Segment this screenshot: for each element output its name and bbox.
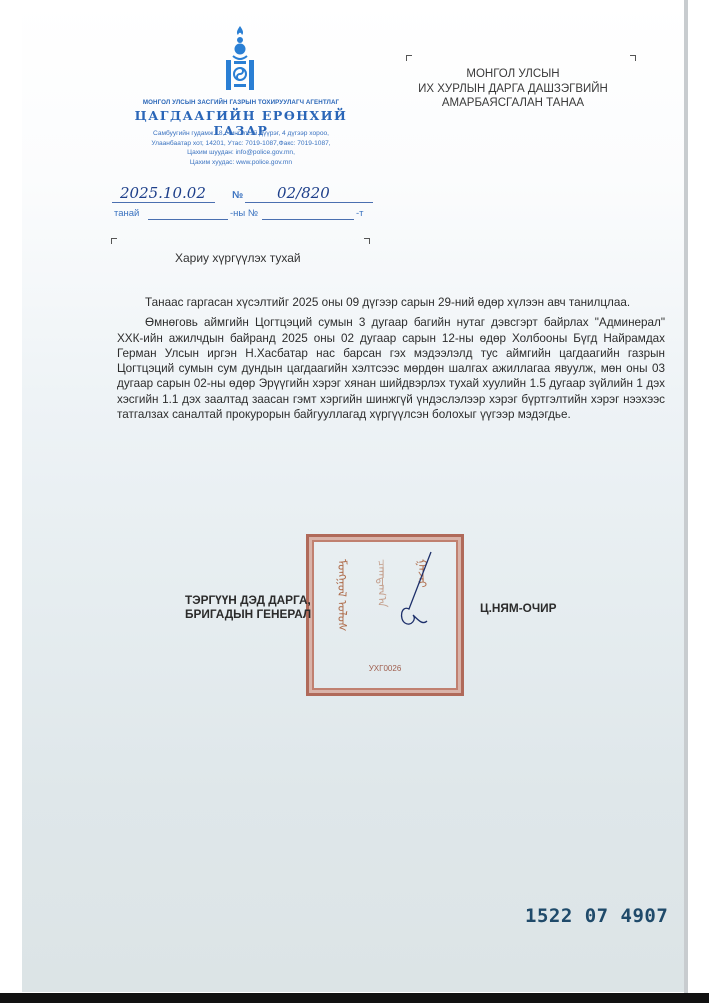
recipient-corner-mark bbox=[406, 55, 412, 61]
letter-number: 02/820 bbox=[277, 184, 330, 202]
your-no-label: -ны № bbox=[230, 208, 258, 219]
subject-corner-mark bbox=[364, 238, 370, 244]
soyombo-emblem-icon bbox=[222, 24, 258, 94]
subject-corner-mark bbox=[111, 238, 117, 244]
your-date-line bbox=[148, 219, 228, 220]
address-line: Улаанбаатар хот, 14201, Утас: 7019-1087,… bbox=[104, 139, 378, 149]
letter-date: 2025.10.02 bbox=[120, 184, 206, 202]
scan-edge bbox=[684, 0, 688, 993]
body-paragraph: Танаас гаргасан хүсэлтийг 2025 оны 09 дү… bbox=[117, 295, 665, 310]
suffix-label: -т bbox=[356, 208, 364, 219]
agency-address: Самбуугийн гудамж 18, Чингэлтэй дүүрэг, … bbox=[104, 129, 378, 167]
your-reference-row: танай -ны № -т bbox=[112, 206, 382, 224]
number-label: № bbox=[232, 190, 243, 201]
agency-subtitle: МОНГОЛ УЛСЫН ЗАСГИЙН ГАЗРЫН ТОХИРУУЛАГЧ … bbox=[114, 99, 368, 106]
recipient-line: МОНГОЛ УЛСЫН bbox=[408, 67, 618, 82]
address-email: Цахим шуудан: info@police.gov.mn, bbox=[104, 148, 378, 158]
your-label: танай bbox=[114, 208, 139, 219]
letter-body: Танаас гаргасан хүсэлтийг 2025 оны 09 дү… bbox=[117, 295, 665, 427]
stamp-code: УХГ0026 bbox=[309, 664, 461, 673]
number-underline bbox=[245, 202, 373, 203]
body-paragraph: Өмнөговь аймгийн Цогтцэций сумын 3 дугаа… bbox=[117, 315, 665, 422]
signature-mark bbox=[391, 547, 441, 637]
recipient-line: ИХ ХУРЛЫН ДАРГА ДАШЗЭГВИЙН bbox=[408, 82, 618, 97]
reference-row: 2025.10.02 № 02/820 bbox=[112, 184, 372, 204]
stamp-mongolian-script: ᠮᠣᠩᠭᠣᠯ ᠤᠯᠤᠰ bbox=[343, 559, 353, 632]
signatory-title: ТЭРГҮҮН ДЭД ДАРГА, БРИГАДЫН ГЕНЕРАЛ bbox=[185, 593, 311, 621]
serial-number: 1522 07 4907 bbox=[525, 905, 668, 927]
recipient-corner-mark bbox=[630, 55, 636, 61]
signatory-name: Ц.НЯМ-ОЧИР bbox=[480, 601, 556, 615]
address-website: Цахим хуудас: www.police.gov.mn bbox=[104, 158, 378, 168]
signatory-rank: БРИГАДЫН ГЕНЕРАЛ bbox=[185, 607, 311, 621]
scan-bottom-border bbox=[0, 993, 709, 1003]
recipient-line: АМАРБАЯСГАЛАН ТАНАА bbox=[408, 96, 618, 111]
address-line: Самбуугийн гудамж 18, Чингэлтэй дүүрэг, … bbox=[104, 129, 378, 139]
your-number-line bbox=[262, 219, 354, 220]
official-stamp: ᠮᠣᠩᠭᠣᠯ ᠤᠯᠤᠰ ᠴᠠᠭᠳᠠᠭ᠎ᠠ ᠭᠠᠵᠠᠷ УХГ0026 bbox=[306, 534, 464, 696]
date-underline bbox=[112, 202, 215, 203]
letter-subject: Хариу хүргүүлэх тухай bbox=[175, 251, 301, 265]
signatory-position: ТЭРГҮҮН ДЭД ДАРГА, bbox=[185, 593, 311, 607]
recipient-block: МОНГОЛ УЛСЫН ИХ ХУРЛЫН ДАРГА ДАШЗЭГВИЙН … bbox=[408, 67, 618, 111]
